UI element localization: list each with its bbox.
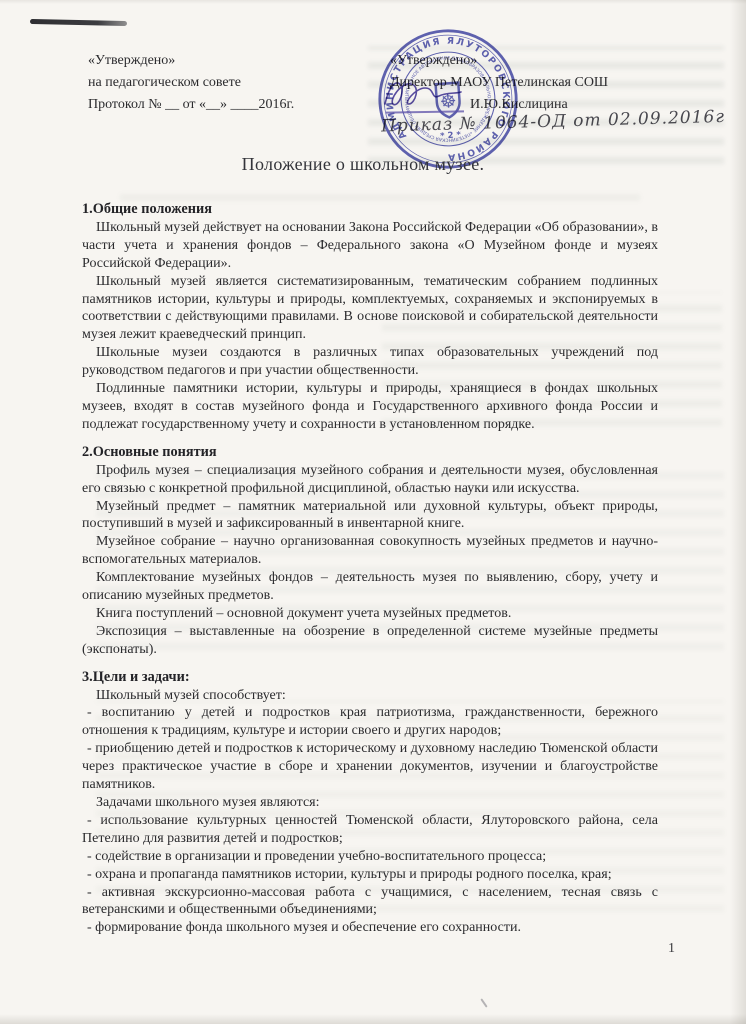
- section-heading: 2.Основные понятия: [82, 444, 658, 462]
- list-item: - охрана и пропаганда памятников истории…: [82, 866, 658, 884]
- approval-left-line3: Протокол № __ от «__» ____2016г.: [88, 94, 294, 116]
- approval-left-block: «Утверждено» на педагогическом совете Пр…: [88, 50, 294, 116]
- scan-edge-bottom: [0, 1014, 746, 1024]
- list-item: - формирование фонда школьного музея и о…: [82, 919, 658, 937]
- paragraph: Книга поступлений – основной документ уч…: [82, 605, 658, 623]
- scan-edge-top: [0, 0, 746, 4]
- paragraph: Задачами школьного музея являются:: [82, 794, 658, 812]
- document-body: 1.Общие положения Школьный музей действу…: [82, 201, 658, 937]
- section-heading: 1.Общие положения: [82, 201, 658, 219]
- paragraph: Экспозиция – выставленные на обозрение в…: [82, 623, 658, 659]
- document-title: Положение о школьном музее.: [0, 154, 726, 175]
- paragraph: Музейное собрание – научно организованна…: [82, 533, 658, 569]
- pen-mark: [30, 19, 127, 26]
- list-item: - использование культурных ценностей Тюм…: [82, 812, 658, 848]
- approval-left-line2: на педагогическом совете: [88, 72, 294, 94]
- paragraph: Школьный музей является систематизирован…: [82, 273, 658, 345]
- document-page: «Утверждено» на педагогическом совете Пр…: [0, 0, 746, 1024]
- bleed-through-text: [120, 186, 640, 201]
- paragraph: Школьные музеи создаются в различных тип…: [82, 344, 658, 380]
- section-general-provisions: 1.Общие положения Школьный музей действу…: [82, 201, 658, 434]
- paragraph: Профиль музея – специализация музейного …: [82, 462, 658, 498]
- list-item: - воспитанию у детей и подростков края п…: [82, 704, 658, 740]
- paragraph: Подлинные памятники истории, культуры и …: [82, 380, 658, 434]
- paragraph: Школьный музей способствует:: [82, 687, 658, 705]
- section-basic-concepts: 2.Основные понятия Профиль музея – специ…: [82, 444, 658, 659]
- paragraph: Музейный предмет – памятник материальной…: [82, 498, 658, 534]
- list-item: - активная экскурсионно-массовая работа …: [82, 884, 658, 920]
- list-item: - приобщению детей и подростков к истори…: [82, 740, 658, 794]
- director-signature: [381, 74, 469, 114]
- scan-speck: [480, 998, 487, 1007]
- page-number: 1: [668, 941, 675, 957]
- list-item: - содействие в организации и проведении …: [82, 848, 658, 866]
- paragraph: Школьный музей действует на основании За…: [82, 219, 658, 273]
- scan-edge-right: [730, 0, 746, 1024]
- paragraph: Комплектование музейных фондов – деятель…: [82, 569, 658, 605]
- section-heading: 3.Цели и задачи:: [82, 669, 658, 687]
- approval-left-line1: «Утверждено»: [88, 50, 294, 72]
- section-goals-tasks: 3.Цели и задачи: Школьный музей способст…: [82, 669, 658, 938]
